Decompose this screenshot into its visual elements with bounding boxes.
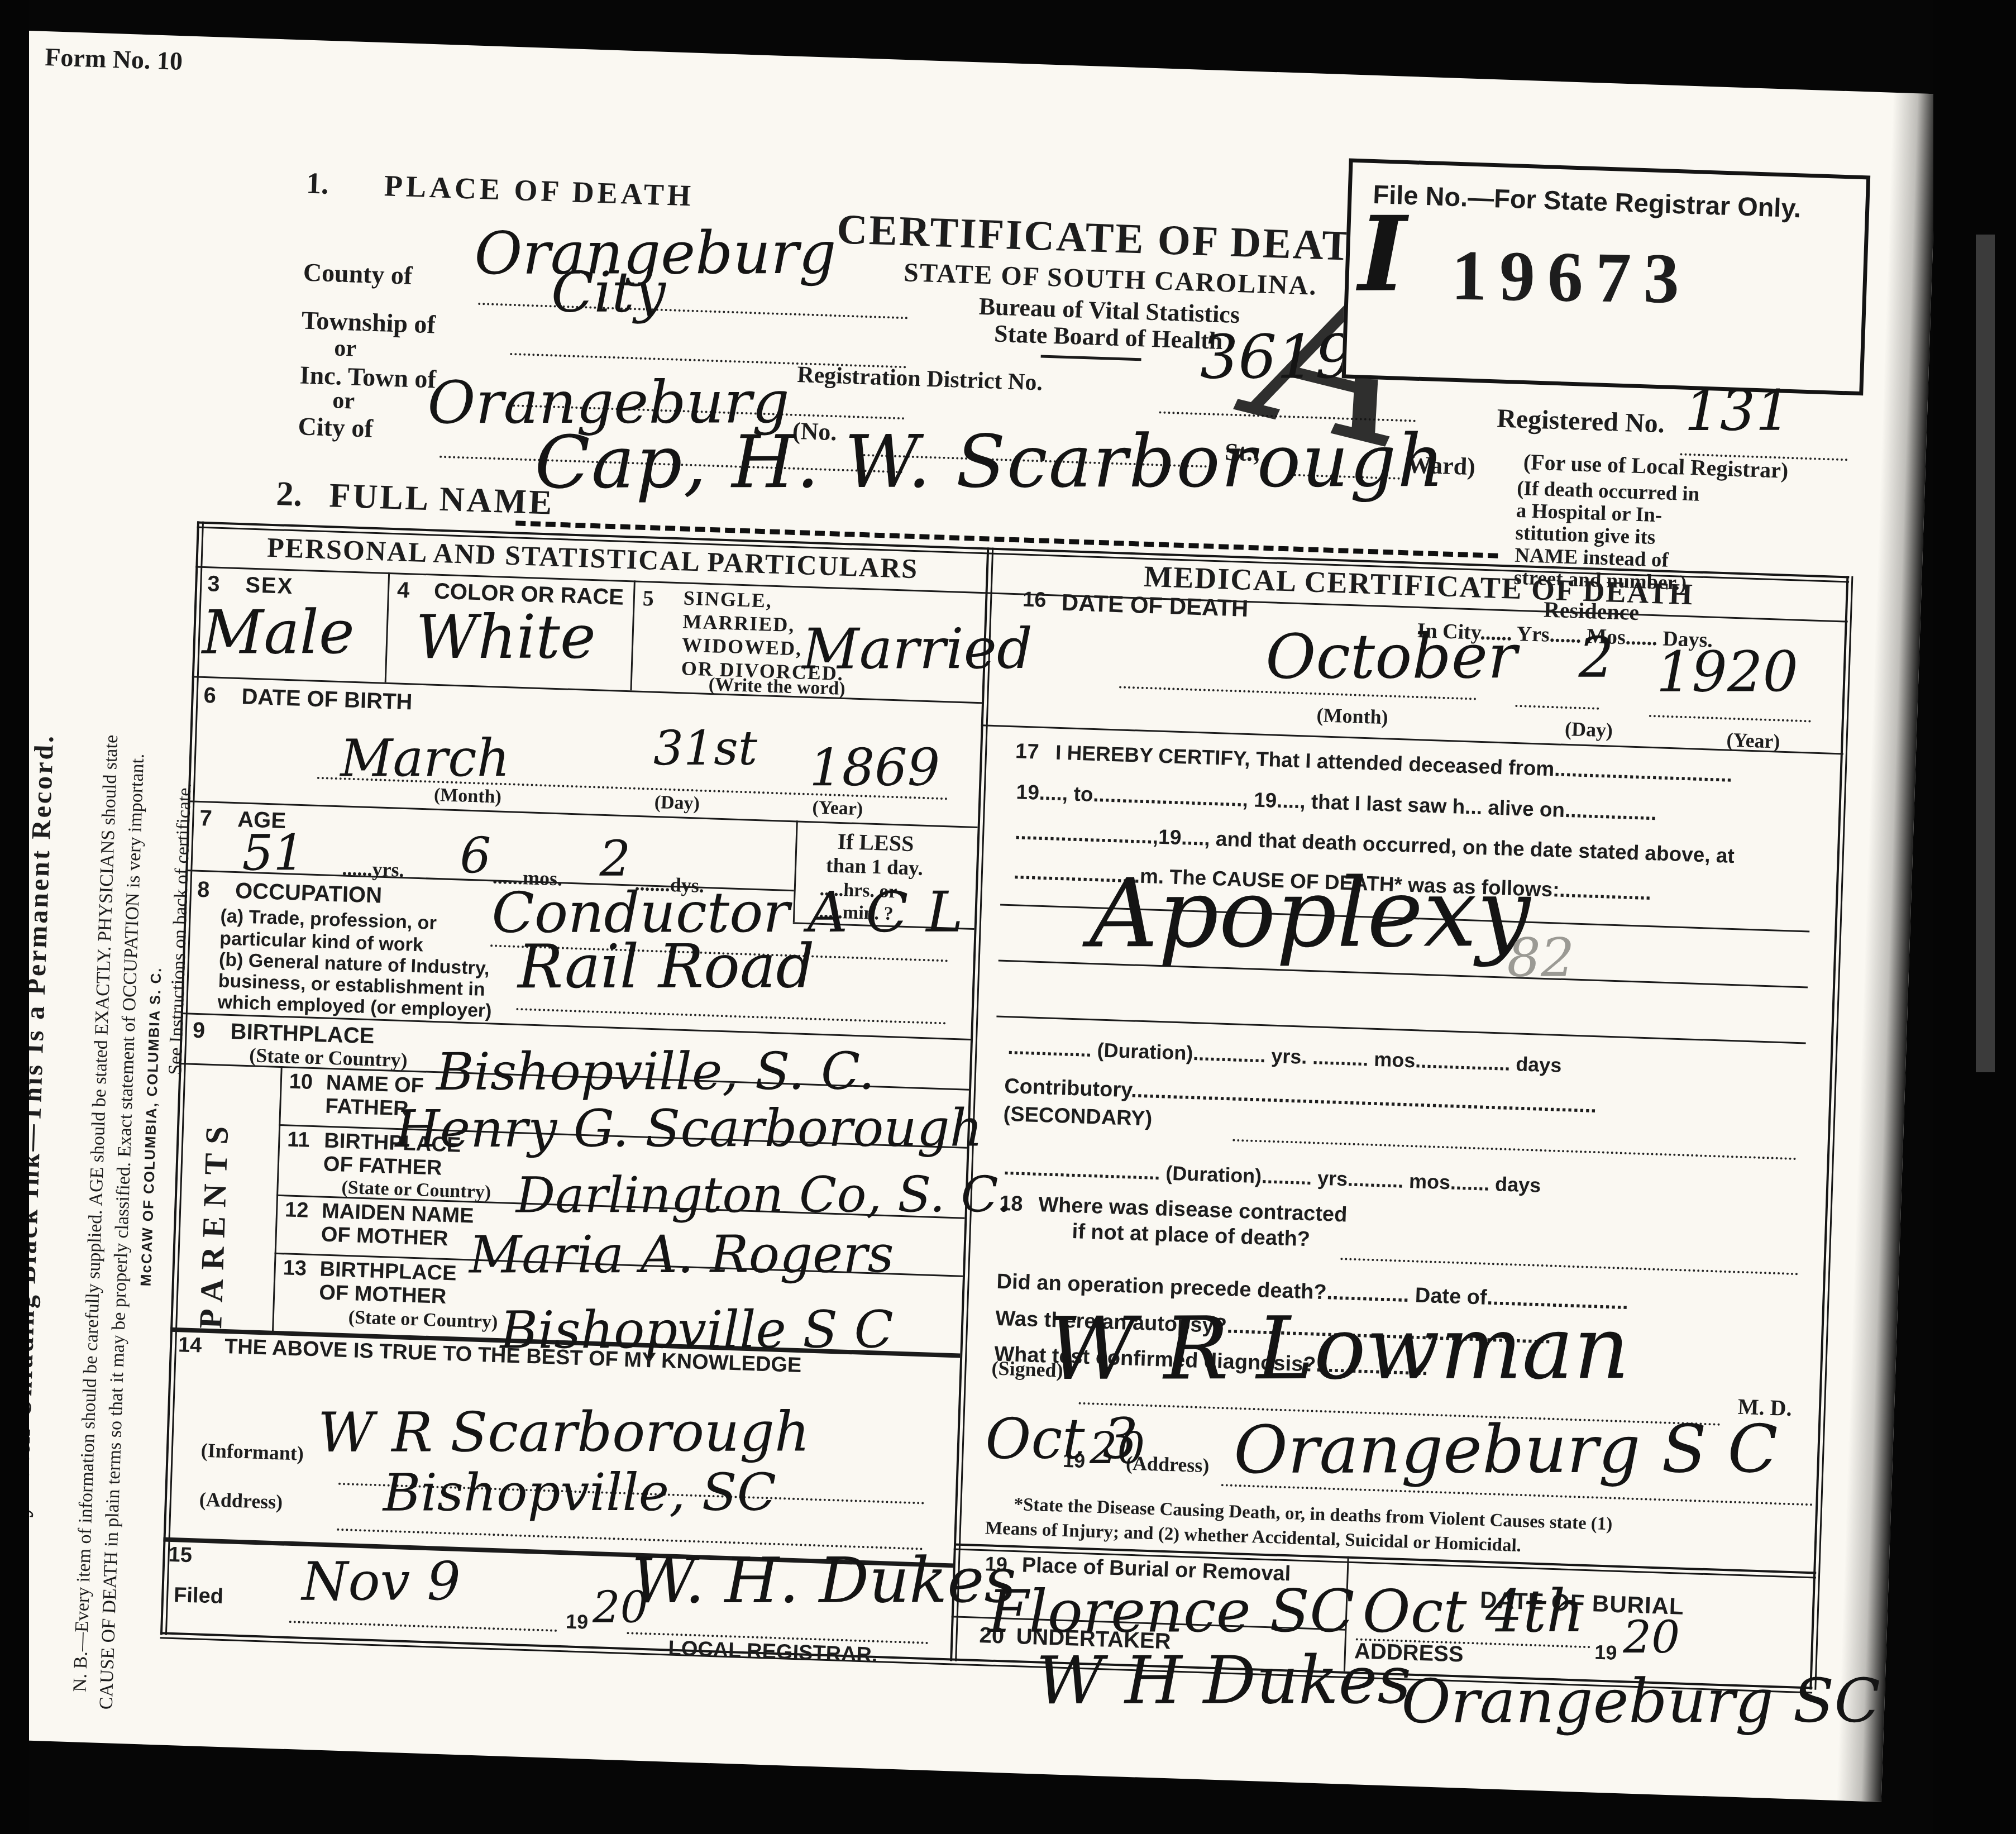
or-label-2: or <box>332 388 355 413</box>
dob-day-caption: (Day) <box>654 792 700 814</box>
local-registrar-label: LOCAL REGISTRAR. <box>668 1638 878 1667</box>
dod-day-blank <box>1515 705 1599 710</box>
burial-date-value: Oct 4th <box>1362 1577 1584 1646</box>
county-label: County of <box>303 259 413 290</box>
mother-birthplace-number: 13 <box>283 1257 307 1280</box>
filed-date-blank <box>289 1621 557 1632</box>
parents-label-divider <box>272 1066 283 1333</box>
scan-border-left <box>0 0 29 1834</box>
or-label-1: or <box>334 336 357 361</box>
registered-no-label: Registered No. <box>1497 405 1665 438</box>
dod-label: DATE OF DEATH <box>1061 590 1249 621</box>
marital-label-2: MARRIED, <box>682 611 795 636</box>
birthplace-value: Bishopville, S. C. <box>436 1042 875 1102</box>
marital-label-3: WIDOWED, <box>682 634 802 660</box>
dod-month-caption: (Month) <box>1316 705 1388 728</box>
race-value: White <box>415 603 596 673</box>
cause-code-pencil: 82 <box>1507 928 1574 989</box>
filed-number: 15 <box>168 1544 193 1567</box>
registration-district-label: Registration District No. <box>797 362 1043 395</box>
dod-year-value: 1920 <box>1656 639 1799 704</box>
dod-day-caption: (Day) <box>1564 719 1613 742</box>
age-days-value: 2 <box>599 830 630 887</box>
local-registrar-signature: W. H. Dukes <box>632 1544 1016 1617</box>
mother-name-label2: OF MOTHER <box>321 1224 448 1250</box>
form-number: Form No. 10 <box>45 44 183 75</box>
scan-border-right <box>1933 0 2016 1834</box>
fullname-label: FULL NAME <box>329 477 555 521</box>
inc-town-label: Inc. Town of <box>299 361 437 393</box>
certify-line2: 19...., to.........................., 19… <box>1016 781 1657 824</box>
city-label: City of <box>298 413 374 442</box>
fullname-value: Cap, H. W. Scarborough <box>534 418 1445 505</box>
township-label: Township of <box>301 307 436 338</box>
dob-label: DATE OF BIRTH <box>241 685 413 714</box>
undertaker-value: W H Dukes <box>1036 1641 1411 1719</box>
undertaker-address-value: Orangeburg SC <box>1401 1666 1880 1737</box>
duration-line-2: ............................ (Duration).… <box>1004 1157 1541 1196</box>
informant-address-label: (Address) <box>199 1489 283 1513</box>
race-marital-divider <box>630 580 636 690</box>
father-name-number: 10 <box>289 1071 313 1093</box>
township-value: City <box>551 259 666 324</box>
mother-name-number: 12 <box>285 1199 309 1222</box>
dod-day-value: 2 <box>1578 625 1614 690</box>
filed-year-printed: 19 <box>565 1611 588 1632</box>
occupation-b-value: Rail Road <box>518 932 815 1002</box>
certify-line1: I HEREBY CERTIFY, That I attended deceas… <box>1055 742 1732 786</box>
father-birthplace-value: Darlington Co, S. C. <box>516 1166 1012 1224</box>
dob-day-value: 31st <box>653 721 757 776</box>
cause-of-death-value: Apoplexy <box>1090 858 1531 969</box>
certificate-page: Form No. 10 Write Plainly With Unfading … <box>0 31 1938 1802</box>
informant-value: W R Scarborough <box>318 1400 810 1465</box>
contracted-blank <box>1340 1258 1798 1275</box>
file-number-prefix-handwritten: I <box>1358 193 1407 314</box>
father-name-label1: NAME OF <box>326 1072 424 1098</box>
header-short-rule <box>1041 355 1141 361</box>
sex-number: 3 <box>207 572 221 596</box>
dod-year-blank <box>1649 715 1811 723</box>
occupation-b-blank <box>516 1008 946 1025</box>
certify-number: 17 <box>1015 741 1039 763</box>
age-less-line2: than 1 day. <box>826 855 924 880</box>
registered-no-value: 131 <box>1684 378 1791 443</box>
section1-number: 1. <box>305 168 329 200</box>
dob-number: 6 <box>203 684 217 708</box>
contracted-line2: if not at place of death? <box>1072 1221 1311 1251</box>
secondary-blank <box>1232 1139 1797 1160</box>
physician-signature: W R Lowman <box>1047 1297 1630 1400</box>
sex-value: Male <box>202 598 355 667</box>
statement-number: 14 <box>178 1334 202 1357</box>
margin-printer-imprint: McCAW OF COLUMBIA, COLUMBIA S. C. <box>138 906 166 1287</box>
section1-title: PLACE OF DEATH <box>384 170 695 212</box>
filed-date-value: Nov 9 <box>302 1551 461 1612</box>
age-number: 7 <box>199 806 213 830</box>
age-less-line1: If LESS <box>837 830 914 856</box>
scanned-death-certificate: { "form_no": "Form No. 10", "margin": { … <box>0 0 2016 1834</box>
father-name-value: Henry G. Scarborough <box>395 1098 982 1159</box>
mother-birthplace-note: (State or Country) <box>348 1307 498 1332</box>
dob-year-value: 1869 <box>809 738 940 797</box>
signed-year-handwritten: 20 <box>1090 1424 1145 1474</box>
mother-birthplace-value: Bishopville S C <box>500 1300 894 1360</box>
occupation-label: OCCUPATION <box>235 879 382 908</box>
burial-year-handwritten: 20 <box>1623 1611 1680 1663</box>
signed-address-value: Orangeburg S C <box>1234 1410 1778 1488</box>
sex-race-divider <box>385 572 390 682</box>
mother-name-value: Maria A. Rogers <box>469 1224 894 1284</box>
filed-label: Filed <box>174 1584 224 1608</box>
marital-number: 5 <box>642 586 654 610</box>
father-birthplace-number: 11 <box>287 1129 310 1152</box>
file-number-stamp: 19673 <box>1451 237 1692 316</box>
race-number: 4 <box>396 578 410 602</box>
fullname-number: 2. <box>276 476 303 513</box>
sex-label: SEX <box>245 573 294 598</box>
burial-year-printed: 19 <box>1594 1642 1617 1664</box>
secondary-label: (SECONDARY) <box>1003 1104 1153 1131</box>
dob-year-caption: (Year) <box>812 797 863 819</box>
occupation-number: 8 <box>197 878 210 902</box>
parents-vertical-label: PARENTS <box>194 1077 236 1329</box>
mother-birthplace-label2: OF MOTHER <box>319 1282 447 1308</box>
marital-value: Married <box>802 616 1033 682</box>
age-months-value: 6 <box>460 827 491 884</box>
duration-line-1: ............... (Duration)............. … <box>1007 1037 1562 1076</box>
birthplace-number: 9 <box>192 1019 206 1043</box>
dob-month-caption: (Month) <box>433 785 501 808</box>
informant-address-value: Bishopville, SC <box>383 1463 777 1523</box>
dod-number: 16 <box>1023 589 1047 612</box>
marital-label-1: SINGLE, <box>683 588 772 612</box>
scan-edge-streak <box>1976 235 1995 1072</box>
dod-month-value: October <box>1265 620 1517 692</box>
informant-label: (Informant) <box>200 1440 304 1465</box>
burial-place-value: Florence SC <box>988 1577 1354 1646</box>
